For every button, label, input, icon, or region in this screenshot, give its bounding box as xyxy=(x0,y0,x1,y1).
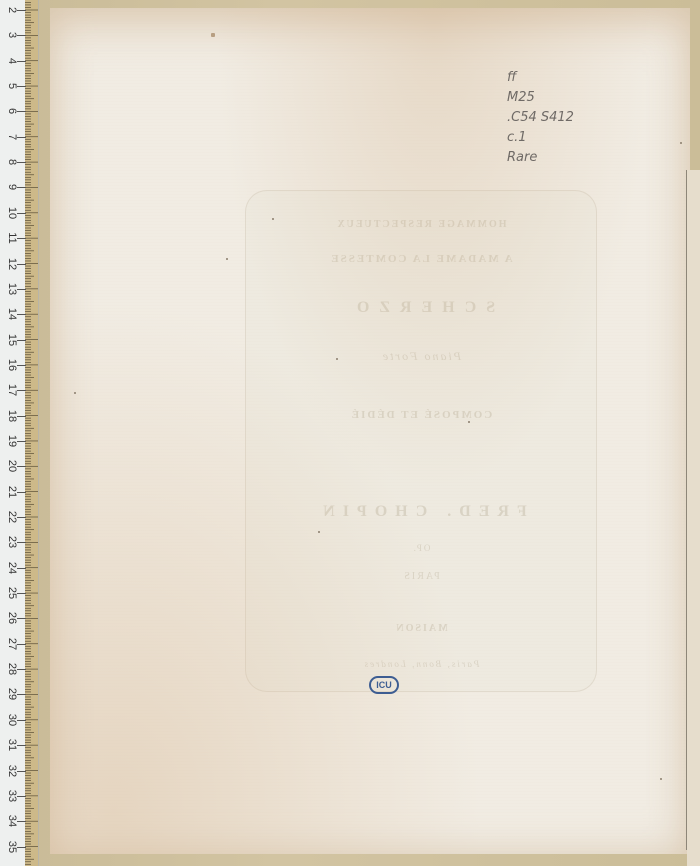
ruler-major-line xyxy=(17,390,26,391)
ruler-major-line xyxy=(17,289,26,290)
ruler-major-line xyxy=(17,86,26,87)
ruler-major-line xyxy=(17,593,26,594)
icu-library-stamp: ICU xyxy=(369,676,399,694)
ruler-major-line xyxy=(17,568,26,569)
ruler-major-line xyxy=(17,238,26,239)
ghost-line-cities: Paris, Bonn, Londres xyxy=(246,659,596,669)
ruler-major-line xyxy=(17,213,26,214)
paper-speck xyxy=(680,142,682,144)
call-number-line: Rare xyxy=(507,148,574,168)
page-edge xyxy=(687,170,700,866)
ghost-line-opus: OP. xyxy=(246,543,596,553)
ghost-line-publisher: MAISON xyxy=(246,623,596,634)
call-number-line: .C54 S412 xyxy=(507,108,574,128)
call-number-line: c.1 xyxy=(507,128,574,148)
call-number-line: ff xyxy=(507,68,574,88)
ghost-line-paris: PARIS xyxy=(246,571,596,582)
paper-speck xyxy=(660,778,662,780)
ghost-line-dedication: HOMMAGE RESPECTUEUX xyxy=(246,219,596,230)
ghost-line-dedicatee: A MADAME LA COMTESSE xyxy=(246,253,596,265)
document-page: HOMMAGE RESPECTUEUX A MADAME LA COMTESSE… xyxy=(50,8,690,854)
paper-speck xyxy=(272,218,274,220)
paper-speck xyxy=(318,531,320,533)
ruler-major-line xyxy=(17,314,26,315)
ruler-major-line xyxy=(17,720,26,721)
ruler-major-line xyxy=(17,111,26,112)
ruler-major-line xyxy=(17,10,26,11)
paper-speck xyxy=(74,392,76,394)
ruler-major-line xyxy=(17,466,26,467)
paper-speck xyxy=(226,258,228,260)
ruler-major-line xyxy=(17,644,26,645)
ghost-line-composed: COMPOSÉ ET DÉDIÉ xyxy=(246,409,596,421)
ruler-major-line xyxy=(17,745,26,746)
ruler-major-line xyxy=(17,821,26,822)
ruler-major-line xyxy=(17,517,26,518)
measuring-ruler: 2345678910111213141516171819202122232425… xyxy=(0,0,39,866)
ruler-major-line xyxy=(17,365,26,366)
ghost-line-composer: FRED. CHOPIN xyxy=(246,503,596,521)
ruler-major-line xyxy=(17,618,26,619)
bleed-through-title-plate: HOMMAGE RESPECTUEUX A MADAME LA COMTESSE… xyxy=(245,190,597,692)
ruler-major-line xyxy=(17,847,26,848)
ruler-major-line xyxy=(17,187,26,188)
ruler-major-line xyxy=(17,441,26,442)
ruler-major-line xyxy=(17,669,26,670)
ruler-major-line xyxy=(17,796,26,797)
ruler-major-line xyxy=(17,35,26,36)
ruler-major-line xyxy=(17,61,26,62)
ruler-major-line xyxy=(17,340,26,341)
ruler-major-line xyxy=(17,416,26,417)
ruler-major-line xyxy=(17,492,26,493)
ruler-ticks xyxy=(25,0,38,866)
paper-speck xyxy=(468,421,470,423)
ghost-line-instrument: Piano Forte xyxy=(246,349,596,364)
ruler-major-line xyxy=(17,264,26,265)
ruler-major-line xyxy=(17,542,26,543)
ghost-line-title: SCHERZO xyxy=(246,299,596,317)
handwritten-call-number: ff M25 .C54 S412 c.1 Rare xyxy=(507,68,574,168)
paper-speck xyxy=(336,358,338,360)
call-number-line: M25 xyxy=(507,88,574,108)
ruler-major-line xyxy=(17,771,26,772)
ruler-major-line xyxy=(17,137,26,138)
paper-speck xyxy=(211,33,215,37)
ruler-major-line xyxy=(17,162,26,163)
ruler-major-line xyxy=(17,694,26,695)
